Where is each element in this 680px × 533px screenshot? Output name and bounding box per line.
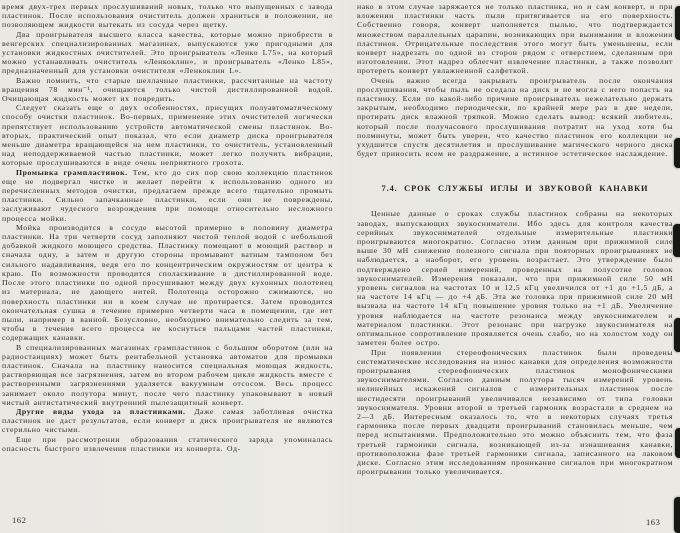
paragraph: Следует сказать еще о двух особенностях,… — [2, 103, 333, 167]
paragraph: время двух-трех первых прослушиваний нов… — [2, 2, 333, 30]
paragraph-lead: Другие виды ухода за пластинками. — [16, 407, 194, 416]
scan-edge-artifact — [674, 318, 680, 352]
page-number-right: 163 — [646, 517, 660, 527]
paragraph: Мойка производится в сосуде высотой прим… — [2, 223, 333, 343]
scan-edge-artifact — [675, 6, 680, 40]
paragraph: Другие виды ухода за пластинками. Даже с… — [2, 407, 333, 435]
section-heading: 7.4. СРОК СЛУЖБЫ ИГЛЫ И ЗВУКОВОЙ КАНАВКИ — [359, 184, 671, 194]
page-number-left: 162 — [12, 515, 26, 525]
right-page: нако в этом случае заряжается не только … — [357, 2, 673, 476]
paragraph: Промывка грампластинок. Тем, кто до сих … — [2, 168, 333, 223]
paragraph: Еще при рассмотрении образования статиче… — [2, 435, 333, 453]
book-spread: время двух-трех первых прослушиваний нов… — [0, 0, 680, 533]
scan-edge-artifact — [673, 224, 680, 257]
paragraph: нако в этом случае заряжается не только … — [357, 2, 673, 76]
paragraph: При появлении стереофонических пластинок… — [357, 348, 673, 477]
paragraph: Важно помнить, что старые шеллачные плас… — [2, 76, 333, 104]
paragraph: Ценные данные о сроках службы пластинок … — [357, 209, 673, 347]
paragraph: Два проигрывателя высшего класса качеств… — [2, 30, 333, 76]
scan-edge-artifact — [674, 497, 680, 533]
paragraph-lead: Промывка грампластинок. — [16, 168, 133, 177]
scan-edge-artifact — [675, 428, 680, 458]
right-page-bottom-text: Ценные данные о сроках службы пластинок … — [357, 209, 673, 476]
paragraph: В специализированных магазинах грампласт… — [2, 343, 333, 407]
paragraph: Очень важно всегда закрывать проигрывате… — [357, 76, 673, 159]
scan-edge-artifact — [674, 138, 680, 168]
right-page-top-text: нако в этом случае заряжается не только … — [357, 2, 673, 158]
left-page: время двух-трех первых прослушиваний нов… — [2, 2, 333, 453]
